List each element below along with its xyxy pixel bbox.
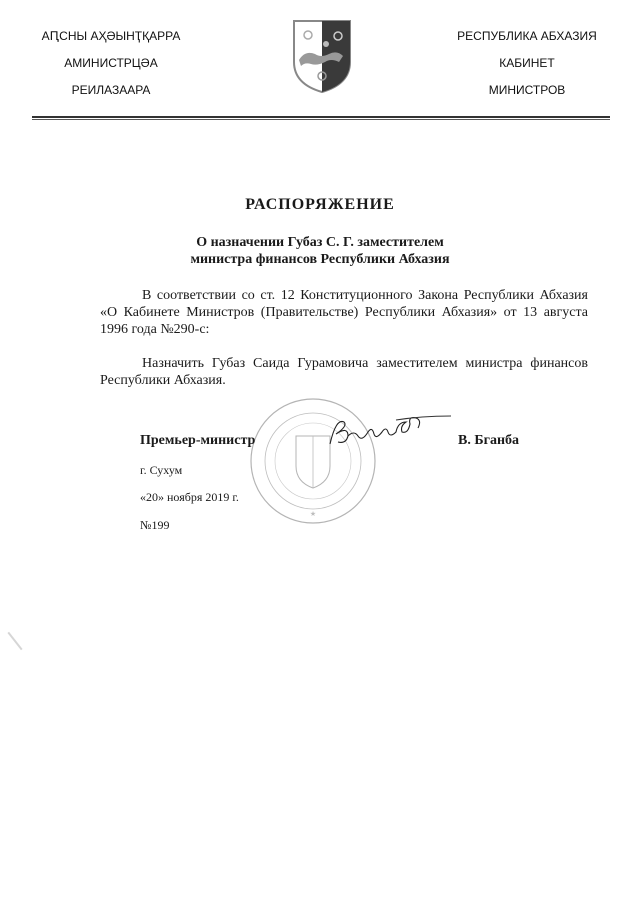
header-left-line-1: АԤСНЫ АҲӘЫНҬҚАРРА [36,26,186,53]
document-title: РАСПОРЯЖЕНИЕ [0,196,640,214]
svg-text:★: ★ [310,510,316,518]
signatory-name: В. Бганба [458,433,519,449]
header-right-line-3: МИНИСТРОВ [447,80,607,107]
document-city: г. Сухум [140,463,182,478]
header-divider [32,116,610,120]
header-right-line-1: РЕСПУБЛИКА АБХАЗИЯ [447,26,607,53]
subject-line-1: О назначении Губаз С. Г. заместителем [0,234,640,251]
scan-artifact [7,632,22,651]
handwritten-signature-icon [326,414,456,450]
header-left-abkhaz: АԤСНЫ АҲӘЫНҬҚАРРА АМИНИСТРЦӘА РЕИЛАЗААРА [36,26,186,107]
document-subject: О назначении Губаз С. Г. заместителем ми… [0,234,640,268]
header-right-russian: РЕСПУБЛИКА АБХАЗИЯ КАБИНЕТ МИНИСТРОВ [447,26,607,107]
paragraph-order: Назначить Губаз Саида Гурамовича замести… [100,355,588,389]
coat-of-arms-icon [291,18,353,94]
header-right-line-2: КАБИНЕТ [447,53,607,80]
signatory-position: Премьер-министр [140,433,255,449]
subject-line-2: министра финансов Республики Абхазия [0,251,640,268]
document-date: «20» ноября 2019 г. [140,490,239,505]
document-number: №199 [140,518,169,533]
paragraph-basis: В соответствии со ст. 12 Конституционног… [100,287,588,338]
header-left-line-3: РЕИЛАЗААРА [36,80,186,107]
header-left-line-2: АМИНИСТРЦӘА [36,53,186,80]
